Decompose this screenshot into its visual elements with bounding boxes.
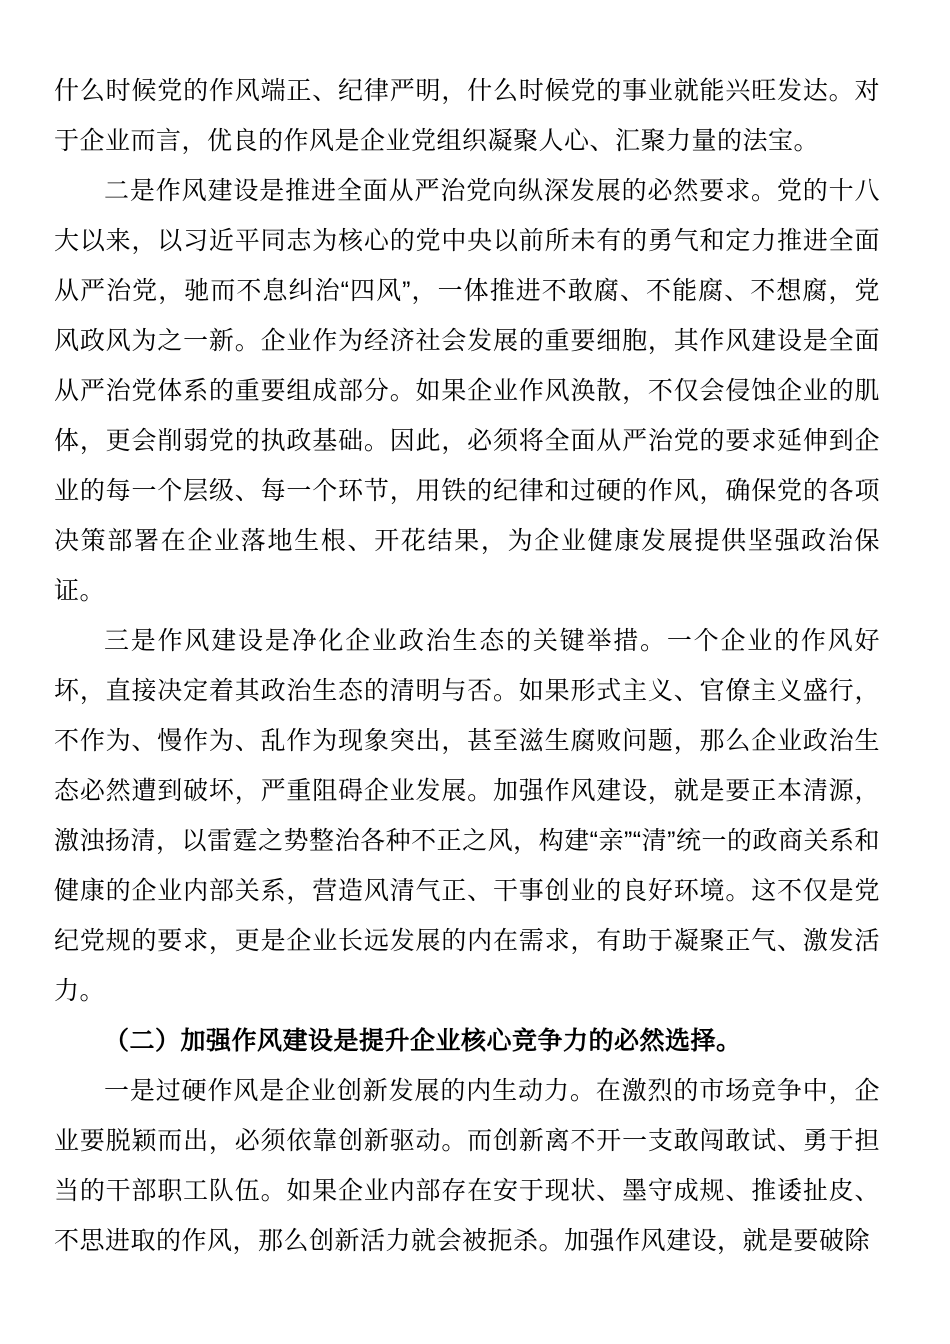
paragraph-continuation: 什么时候党的作风端正、纪律严明，什么时候党的事业就能兴旺发达。对于企业而言，优良… [54,66,880,166]
paragraph-point-three: 三是作风建设是净化企业政治生态的关键举措。一个企业的作风好坏，直接决定着其政治生… [54,616,880,1016]
paragraph-point-one: 一是过硬作风是企业创新发展的内生动力。在激烈的市场竞争中，企业要脱颖而出，必须依… [54,1066,880,1266]
paragraph-point-two: 二是作风建设是推进全面从严治党向纵深发展的必然要求。党的十八大以来，以习近平同志… [54,166,880,616]
document-page: 什么时候党的作风端正、纪律严明，什么时候党的事业就能兴旺发达。对于企业而言，优良… [0,0,950,1344]
section-heading: （二）加强作风建设是提升企业核心竞争力的必然选择。 [54,1016,880,1066]
